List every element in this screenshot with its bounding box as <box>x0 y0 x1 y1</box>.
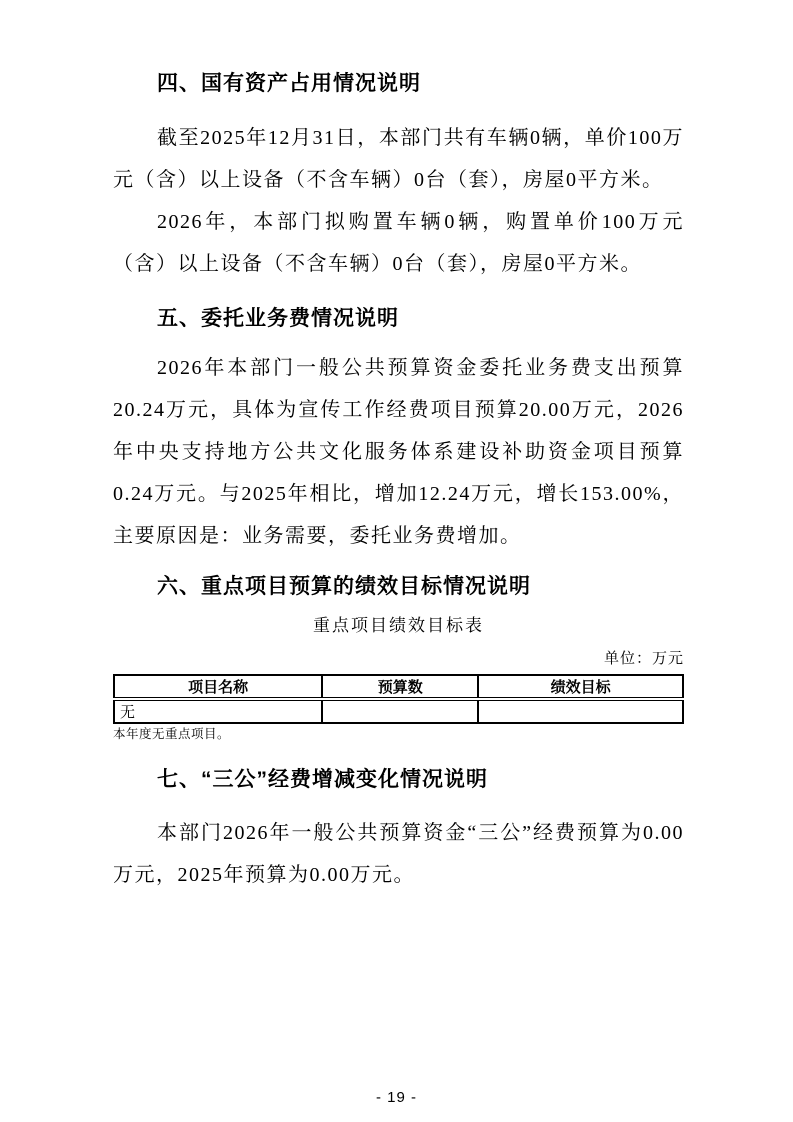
table-header-row: 项目名称 预算数 绩效目标 <box>114 675 683 699</box>
table-cell-budget-amount <box>322 699 478 723</box>
performance-goal-table: 项目名称 预算数 绩效目标 无 <box>113 674 684 724</box>
unit-label: 单位：万元 <box>113 650 684 668</box>
body-paragraph: 2026年本部门一般公共预算资金委托业务费支出预算20.24万元，具体为宣传工作… <box>113 347 684 557</box>
body-paragraph: 截至2025年12月31日，本部门共有车辆0辆，单价100万元（含）以上设备（不… <box>113 117 684 201</box>
table-header-cell-performance-goal: 绩效目标 <box>478 675 683 699</box>
body-paragraph: 本部门2026年一般公共预算资金“三公”经费预算为0.00万元，2025年预算为… <box>113 812 684 896</box>
document-page: 四、国有资产占用情况说明 截至2025年12月31日，本部门共有车辆0辆，单价1… <box>0 0 793 1122</box>
section-heading-three-public-funds: 七、“三公”经费增减变化情况说明 <box>113 768 684 792</box>
table-cell-project-name: 无 <box>114 699 322 723</box>
table-footnote: 本年度无重点项目。 <box>113 726 684 742</box>
section-heading-entrusted-business-fee: 五、委托业务费情况说明 <box>113 307 684 331</box>
table-title: 重点项目绩效目标表 <box>113 616 684 636</box>
section-heading-state-assets: 四、国有资产占用情况说明 <box>113 72 684 96</box>
table-header-cell-project-name: 项目名称 <box>114 675 322 699</box>
table-header-cell-budget-amount: 预算数 <box>322 675 478 699</box>
page-content: 四、国有资产占用情况说明 截至2025年12月31日，本部门共有车辆0辆，单价1… <box>113 0 684 896</box>
page-number: - 19 - <box>0 1089 793 1106</box>
body-paragraph: 2026年，本部门拟购置车辆0辆，购置单价100万元（含）以上设备（不含车辆）0… <box>113 201 684 285</box>
table-cell-performance-goal <box>478 699 683 723</box>
section-heading-key-project-performance: 六、重点项目预算的绩效目标情况说明 <box>113 575 684 599</box>
table-row: 无 <box>114 699 683 723</box>
